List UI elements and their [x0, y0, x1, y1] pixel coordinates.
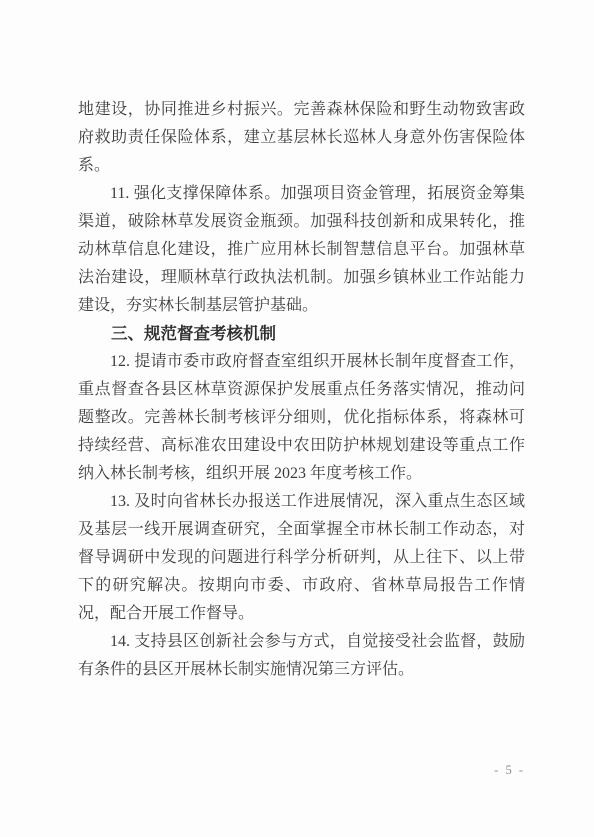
document-body: 地建设，协同推进乡村振兴。完善森林保险和野生动物致害政府救助责任保险体系，建立基…	[78, 96, 525, 684]
body-paragraph: 12. 提请市委市政府督查室组织开展林长制年度督查工作，重点督查各县区林草资源保…	[78, 348, 525, 488]
body-paragraph: 13. 及时向省林长办报送工作进展情况，深入重点生态区域及基层一线开展调查研究，…	[78, 488, 525, 628]
document-page: 地建设，协同推进乡村振兴。完善森林保险和野生动物致害政府救助责任保险体系，建立基…	[0, 0, 594, 837]
page-number: - 5 -	[494, 763, 525, 778]
body-paragraph: 地建设，协同推进乡村振兴。完善森林保险和野生动物致害政府救助责任保险体系，建立基…	[78, 96, 525, 180]
section-heading: 三、规范督查考核机制	[78, 320, 525, 348]
body-paragraph: 14. 支持县区创新社会参与方式，自觉接受社会监督，鼓励有条件的县区开展林长制实…	[78, 628, 525, 684]
body-paragraph: 11. 强化支撑保障体系。加强项目资金管理，拓展资金筹集渠道，破除林草发展资金瓶…	[78, 180, 525, 320]
